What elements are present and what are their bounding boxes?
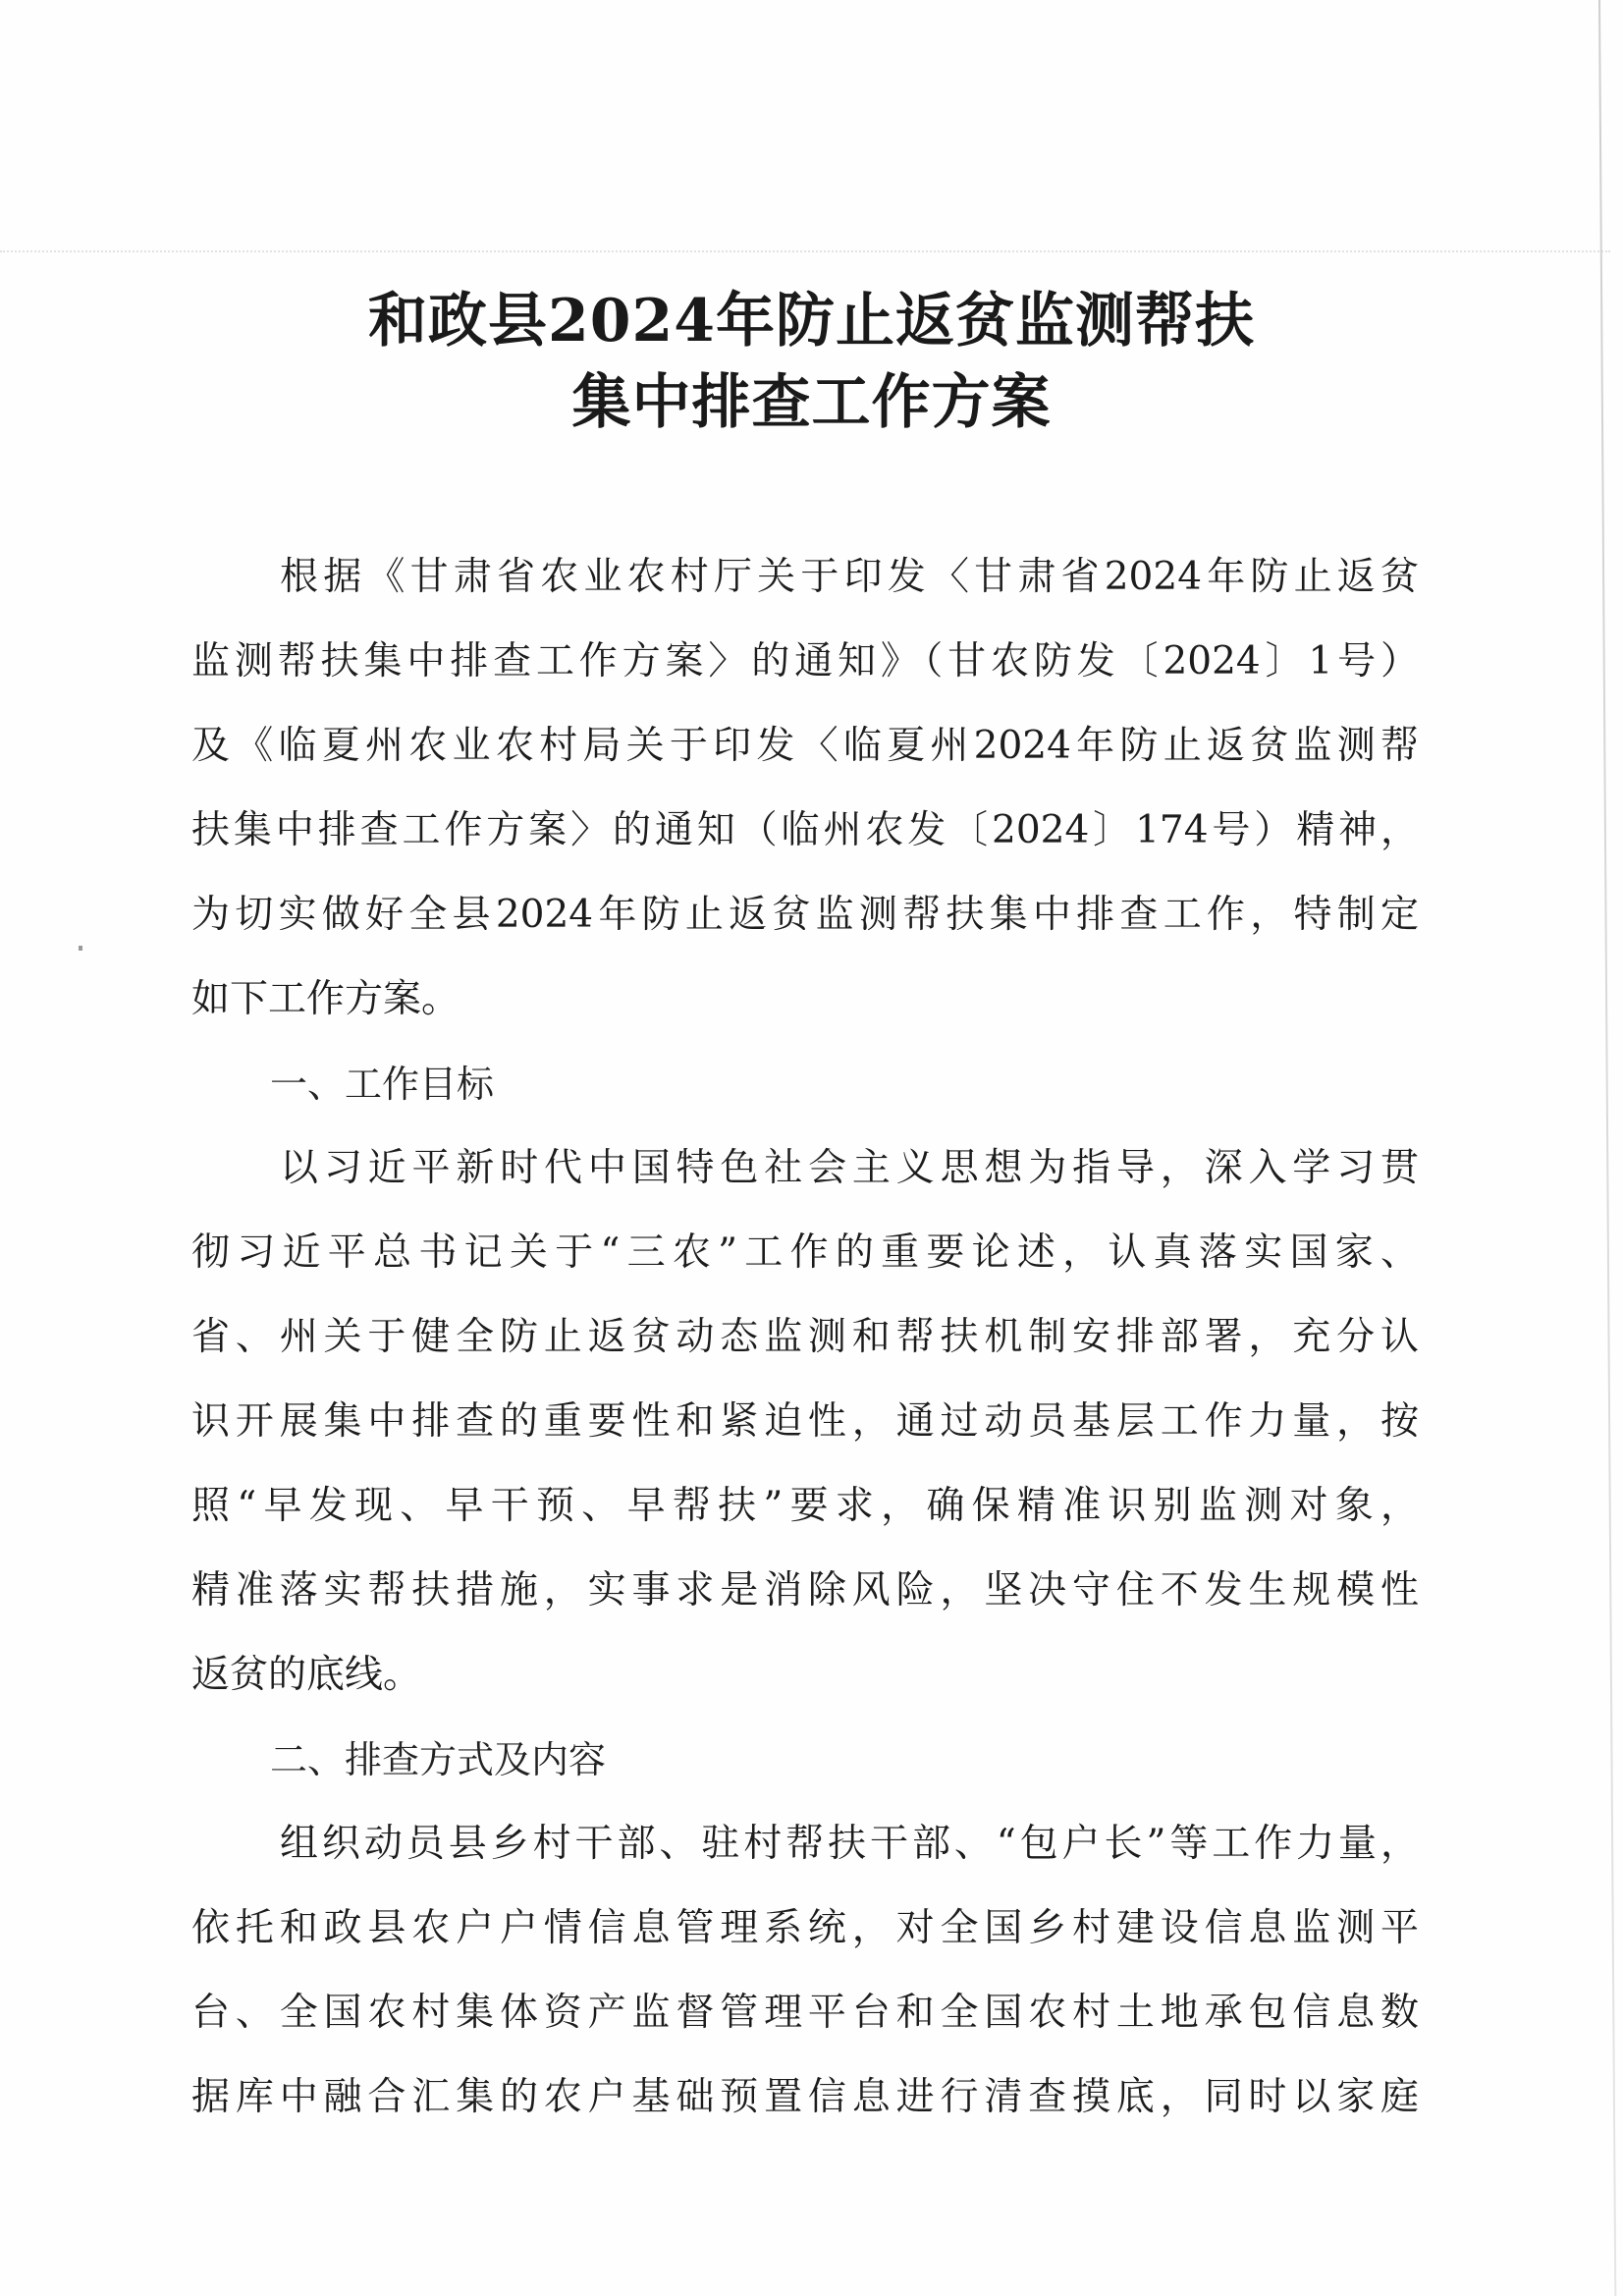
document-title-line-1: 和政县2024年防止返贫监测帮扶: [0, 280, 1623, 362]
text-line: 精准落实帮扶措施，实事求是消除风险，坚决守住不发生规模性: [191, 1549, 1419, 1633]
text-line: 根据《甘肃省农业农村厅关于印发〈甘肃省2024年防止返贫: [191, 535, 1419, 620]
intro-paragraph: 根据《甘肃省农业农村厅关于印发〈甘肃省2024年防止返贫 监测帮扶集中排查工作方…: [191, 535, 1419, 1042]
section-work-goals: 一、工作目标 以习近平新时代中国特色社会主义思想为指导，深入学习贯 彻习近平总书…: [191, 1042, 1419, 1718]
section-heading: 二、排查方式及内容: [191, 1718, 1419, 1802]
text-line: 监测帮扶集中排查工作方案〉的通知》（甘农防发〔2024〕1号）: [191, 620, 1419, 704]
text-line: 彻习近平总书记关于“三农”工作的重要论述，认真落实国家、: [191, 1211, 1419, 1295]
text-line: 及《临夏州农业农村局关于印发〈临夏州2024年防止返贫监测帮: [191, 704, 1419, 789]
document-body: 根据《甘肃省农业农村厅关于印发〈甘肃省2024年防止返贫 监测帮扶集中排查工作方…: [191, 535, 1419, 2140]
text-line: 为切实做好全县2024年防止返贫监测帮扶集中排查工作，特制定: [191, 873, 1419, 957]
text-line: 台、全国农村集体资产监督管理平台和全国农村土地承包信息数: [191, 1971, 1419, 2055]
text-line: 识开展集中排查的重要性和紧迫性，通过动员基层工作力量，按: [191, 1380, 1419, 1464]
text-line: 如下工作方案。: [191, 957, 1419, 1042]
section-heading: 一、工作目标: [191, 1042, 1419, 1126]
text-line: 组织动员县乡村干部、驻村帮扶干部、“包户长”等工作力量，: [191, 1802, 1419, 1886]
scan-artifact-line: [0, 250, 1610, 252]
document-title-line-2: 集中排查工作方案: [0, 361, 1623, 444]
text-line: 省、州关于健全防止返贫动态监测和帮扶机制安排部署，充分认: [191, 1295, 1419, 1380]
scanned-document-page: 和政县2024年防止返贫监测帮扶 集中排查工作方案 根据《甘肃省农业农村厅关于印…: [0, 0, 1623, 2296]
scan-speck: [79, 946, 82, 951]
text-line: 照“早发现、早干预、早帮扶”要求，确保精准识别监测对象，: [191, 1464, 1419, 1549]
text-line: 以习近平新时代中国特色社会主义思想为指导，深入学习贯: [191, 1126, 1419, 1211]
text-line: 扶集中排查工作方案〉的通知（临州农发〔2024〕174号）精神，: [191, 789, 1419, 873]
text-line: 据库中融合汇集的农户基础预置信息进行清查摸底，同时以家庭: [191, 2055, 1419, 2140]
section-inspection-method: 二、排查方式及内容 组织动员县乡村干部、驻村帮扶干部、“包户长”等工作力量， 依…: [191, 1718, 1419, 2140]
text-line: 返贫的底线。: [191, 1633, 1419, 1718]
text-line: 依托和政县农户户情信息管理系统，对全国乡村建设信息监测平: [191, 1886, 1419, 1971]
